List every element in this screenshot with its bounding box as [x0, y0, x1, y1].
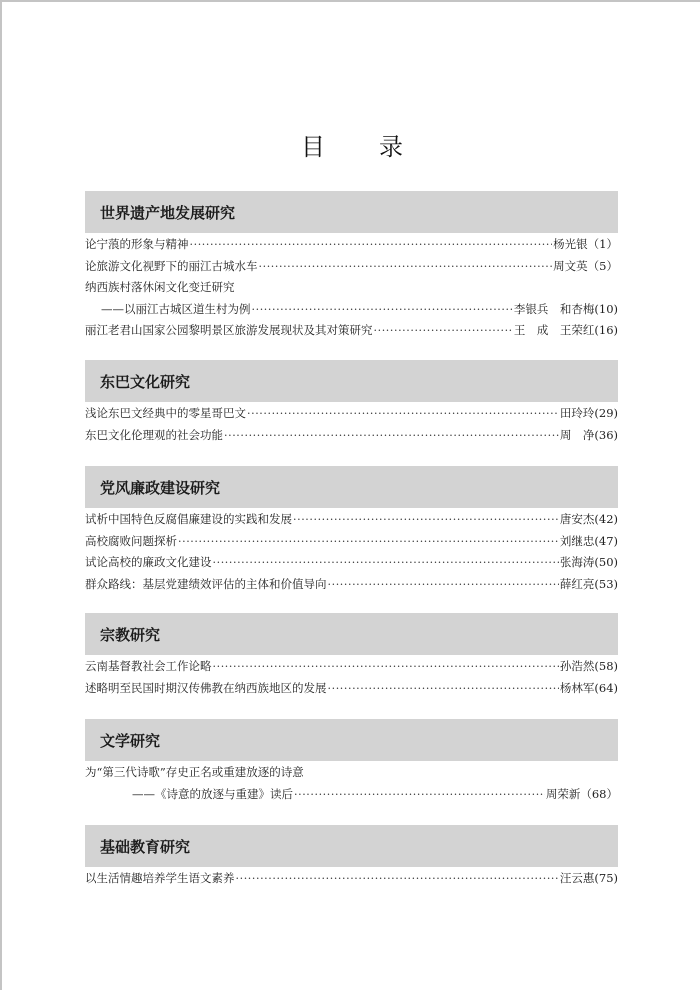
entry-author: 薛红亮: [560, 574, 595, 596]
entry-title: 丽江老君山国家公园黎明景区旅游发展现状及其对策研究: [85, 320, 373, 342]
toc-entry-subtitle-line[interactable]: ——《诗意的放逐与重建》读后 周荣新 （68）: [85, 784, 618, 806]
section-heading: 文学研究: [85, 719, 618, 761]
dot-leader: [328, 574, 559, 596]
toc-entry-title-line[interactable]: 纳西族村落休闲文化变迁研究: [85, 277, 618, 299]
entry-page: (29): [594, 403, 618, 425]
entry-page: （68）: [580, 784, 618, 806]
entry-author: 周荣新: [546, 784, 581, 806]
entry-subtitle: ——《诗意的放逐与重建》读后: [85, 784, 293, 806]
entry-page: (16): [594, 320, 618, 342]
toc-entry[interactable]: 高校腐败问题探析 刘继忠 (47): [85, 531, 618, 553]
toc-entry[interactable]: 试论高校的廉政文化建设 张海涛 (50): [85, 552, 618, 574]
dot-leader: [293, 509, 559, 531]
section-literature: 文学研究 为“第三代诗歌”存史正名或重建放逐的诗意 ——《诗意的放逐与重建》读后…: [85, 719, 618, 805]
dot-leader: [247, 403, 559, 425]
dot-leader: [374, 320, 513, 342]
entry-title: 试析中国特色反腐倡廉建设的实践和发展: [85, 509, 292, 531]
entry-page: (42): [594, 509, 618, 531]
entry-subtitle: ——以丽江古城区道生村为例: [85, 299, 251, 321]
section-heading: 基础教育研究: [85, 825, 618, 867]
toc-entry[interactable]: 论旅游文化视野下的丽江古城水车 周文英 （5）: [85, 256, 618, 278]
entry-author: 汪云惠: [560, 868, 595, 890]
dot-leader: [259, 256, 553, 278]
entry-author: 杨光银: [553, 234, 588, 256]
toc-entry[interactable]: 以生活情趣培养学生语文素养 汪云惠 (75): [85, 868, 618, 890]
entry-author: 孙浩然: [560, 656, 595, 678]
entry-page: （5）: [588, 256, 618, 278]
toc-entry[interactable]: 试析中国特色反腐倡廉建设的实践和发展 唐安杰 (42): [85, 509, 618, 531]
toc-entry[interactable]: 丽江老君山国家公园黎明景区旅游发展现状及其对策研究 王 成 王荣红 (16): [85, 320, 618, 342]
entry-title: 纳西族村落休闲文化变迁研究: [85, 277, 235, 299]
dot-leader: [190, 234, 553, 256]
toc-entry[interactable]: 浅论东巴文经典中的零星哥巴文 田玲玲 (29): [85, 403, 618, 425]
entry-author: 王 成 王荣红: [514, 320, 595, 342]
section-basic-education: 基础教育研究 以生活情趣培养学生语文素养 汪云惠 (75): [85, 825, 618, 890]
entry-author: 周 净: [560, 425, 595, 447]
entry-title: 试论高校的廉政文化建设: [85, 552, 212, 574]
toc-entry[interactable]: 云南基督教社会工作论略 孙浩然 (58): [85, 656, 618, 678]
title-char-2: 录: [379, 130, 403, 164]
entry-title: 以生活情趣培养学生语文素养: [85, 868, 235, 890]
entry-list: 为“第三代诗歌”存史正名或重建放逐的诗意 ——《诗意的放逐与重建》读后 周荣新 …: [85, 761, 618, 805]
entry-title: 东巴文化伦理观的社会功能: [85, 425, 223, 447]
toc-entry-subtitle-line[interactable]: ——以丽江古城区道生村为例 李银兵 和杏梅 (10): [85, 299, 618, 321]
entry-page: (47): [594, 531, 618, 553]
entry-page: (10): [594, 299, 618, 321]
entry-page: (53): [594, 574, 618, 596]
entry-author: 张海涛: [560, 552, 595, 574]
toc-entry[interactable]: 述略明至民国时期汉传佛教在纳西族地区的发展 杨林军 (64): [85, 678, 618, 700]
entry-list: 浅论东巴文经典中的零星哥巴文 田玲玲 (29) 东巴文化伦理观的社会功能 周 净…: [85, 402, 618, 446]
dot-leader: [252, 299, 513, 321]
dot-leader: [213, 656, 559, 678]
entry-author: 杨林军: [560, 678, 595, 700]
entry-page: (64): [594, 678, 618, 700]
dot-leader: [178, 531, 559, 553]
entry-author: 李银兵 和杏梅: [514, 299, 595, 321]
section-party-integrity: 党风廉政建设研究 试析中国特色反腐倡廉建设的实践和发展 唐安杰 (42) 高校腐…: [85, 466, 618, 595]
entry-title: 高校腐败问题探析: [85, 531, 177, 553]
dot-leader: [224, 425, 559, 447]
toc-entry[interactable]: 群众路线：基层党建绩效评估的主体和价值导向 薛红亮 (53): [85, 574, 618, 596]
entry-page: （1）: [588, 234, 618, 256]
entry-author: 田玲玲: [560, 403, 595, 425]
section-heading: 世界遗产地发展研究: [85, 191, 618, 233]
section-dongba-culture: 东巴文化研究 浅论东巴文经典中的零星哥巴文 田玲玲 (29) 东巴文化伦理观的社…: [85, 360, 618, 446]
entry-author: 周文英: [553, 256, 588, 278]
entry-list: 论宁蒗的形象与精神 杨光银 （1） 论旅游文化视野下的丽江古城水车 周文英 （5…: [85, 233, 618, 342]
entry-page: (50): [594, 552, 618, 574]
toc-entry-title-line[interactable]: 为“第三代诗歌”存史正名或重建放逐的诗意: [85, 762, 618, 784]
entry-page: (75): [594, 868, 618, 890]
page-title: 目录: [2, 130, 700, 164]
section-heading: 党风廉政建设研究: [85, 466, 618, 508]
dot-leader: [213, 552, 559, 574]
toc-page: 目录 世界遗产地发展研究 论宁蒗的形象与精神 杨光银 （1） 论旅游文化视野下的…: [0, 0, 700, 990]
entry-author: 刘继忠: [560, 531, 595, 553]
toc-entry[interactable]: 东巴文化伦理观的社会功能 周 净 (36): [85, 425, 618, 447]
entry-list: 云南基督教社会工作论略 孙浩然 (58) 述略明至民国时期汉传佛教在纳西族地区的…: [85, 655, 618, 699]
entry-title: 论宁蒗的形象与精神: [85, 234, 189, 256]
dot-leader: [236, 868, 559, 890]
entry-list: 试析中国特色反腐倡廉建设的实践和发展 唐安杰 (42) 高校腐败问题探析 刘继忠…: [85, 508, 618, 595]
entry-title: 云南基督教社会工作论略: [85, 656, 212, 678]
entry-page: (58): [594, 656, 618, 678]
entry-title: 论旅游文化视野下的丽江古城水车: [85, 256, 258, 278]
entry-title: 述略明至民国时期汉传佛教在纳西族地区的发展: [85, 678, 327, 700]
entry-title: 浅论东巴文经典中的零星哥巴文: [85, 403, 246, 425]
entry-author: 唐安杰: [560, 509, 595, 531]
dot-leader: [328, 678, 559, 700]
title-char-1: 目: [301, 130, 325, 164]
section-heading: 东巴文化研究: [85, 360, 618, 402]
entry-page: (36): [594, 425, 618, 447]
toc-entry[interactable]: 论宁蒗的形象与精神 杨光银 （1）: [85, 234, 618, 256]
section-religion: 宗教研究 云南基督教社会工作论略 孙浩然 (58) 述略明至民国时期汉传佛教在纳…: [85, 613, 618, 699]
section-world-heritage: 世界遗产地发展研究 论宁蒗的形象与精神 杨光银 （1） 论旅游文化视野下的丽江古…: [85, 191, 618, 342]
entry-list: 以生活情趣培养学生语文素养 汪云惠 (75): [85, 867, 618, 890]
dot-leader: [294, 784, 545, 806]
entry-title: 群众路线：基层党建绩效评估的主体和价值导向: [85, 574, 327, 596]
entry-title: 为“第三代诗歌”存史正名或重建放逐的诗意: [85, 762, 304, 784]
section-heading: 宗教研究: [85, 613, 618, 655]
